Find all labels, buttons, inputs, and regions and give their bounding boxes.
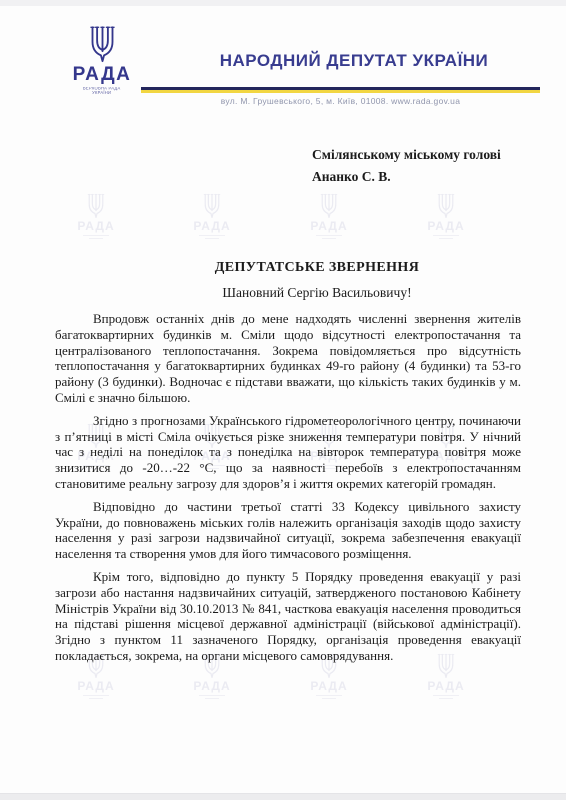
document-heading: ДЕПУТАТСЬКЕ ЗВЕРНЕННЯ Шановний Сергію Ва…: [55, 260, 521, 301]
logo-org-line2: УКРАЇНИ: [92, 91, 111, 95]
recipient-position: Смілянському міському голові: [312, 144, 501, 166]
letter-content: РАДА ВЕРХОВНА РАДА УКРАЇНИ НАРОДНИЙ ДЕПУ…: [0, 0, 566, 800]
divider-yellow-line: [141, 90, 540, 93]
paragraph: Згідно з прогнозами Українського гідроме…: [55, 413, 521, 492]
scanned-letter-page: РАДА РАДА РАДА РАДА РАДА РАДА РАДА РАДА …: [0, 0, 566, 800]
logo-org-name: ВЕРХОВНА РАДА УКРАЇНИ: [83, 87, 121, 95]
paragraph: Відповідно до частини третьої статті 33 …: [55, 499, 521, 562]
letterhead-title: НАРОДНИЙ ДЕПУТАТ УКРАЇНИ: [160, 51, 548, 71]
salutation: Шановний Сергію Васильовичу!: [113, 285, 521, 301]
tryzub-icon: [86, 25, 119, 65]
letterhead-divider: [141, 87, 540, 93]
document-title: ДЕПУТАТСЬКЕ ЗВЕРНЕННЯ: [113, 260, 521, 276]
letterhead-address: вул. М. Грушевського, 5, м. Київ, 01008.…: [141, 96, 540, 106]
recipient-name: Ананко С. В.: [312, 166, 501, 188]
rada-logo: РАДА ВЕРХОВНА РАДА УКРАЇНИ: [70, 25, 134, 99]
logo-acronym: РАДА: [73, 65, 132, 85]
paragraph: Впродовж останніх днів до мене надходять…: [55, 311, 521, 406]
recipient-block: Смілянському міському голові Ананко С. В…: [312, 144, 501, 188]
paragraph: Крім того, відповідно до пункту 5 Порядк…: [55, 569, 521, 664]
letter-body: Впродовж останніх днів до мене надходять…: [55, 311, 521, 671]
